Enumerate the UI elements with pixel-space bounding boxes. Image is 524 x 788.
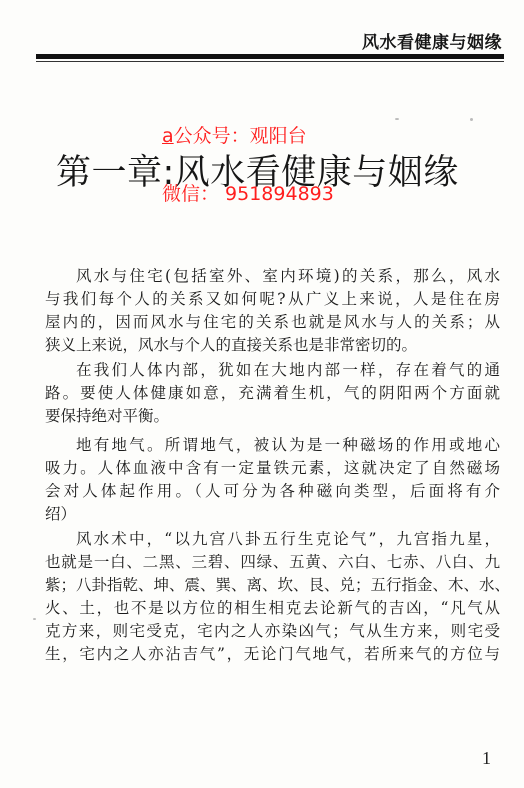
text-line: 狭义上来说，风水与个人的直接关系也是非常密切的。 — [45, 334, 500, 357]
scan-speck — [395, 118, 399, 120]
text-line: 要保持绝对平衡。 — [45, 405, 500, 428]
text-line: 绍） — [45, 503, 500, 526]
text-line: 与我们每个人的关系又如何呢?从广义上来说，人是住在房 — [45, 288, 500, 311]
running-title: 风水看健康与姻缘 — [362, 28, 502, 53]
text-line: 吸力。人体血液中含有一定量铁元素，这就决定了自然磁场 — [45, 457, 500, 480]
text-line: 屋内的，因而风水与住宅的关系也就是风水与人的关系；从 — [45, 311, 500, 334]
page-number: 1 — [482, 748, 491, 769]
text-line: 在我们人体内部，犹如在大地内部一样，存在着气的通 — [45, 359, 500, 382]
text-line: 也就是一白、二黑、三碧、四绿、五黄、六白、七赤、八白、九 — [45, 551, 500, 574]
text-line: 风水术中，“以九宫八卦五行生克论气”，九宫指九星， — [45, 528, 500, 551]
text-line: 地有地气。所谓地气，被认为是一种磁场的作用或地心 — [45, 434, 500, 457]
watermark-prefix: a — [162, 125, 174, 147]
paragraph: 风水术中，“以九宫八卦五行生克论气”，九宫指九星， 也就是一白、二黑、三碧、四绿… — [45, 528, 500, 666]
text-line: 风水与住宅(包括室外、室内环境)的关系，那么，风水 — [45, 265, 500, 288]
body-text: 风水与住宅(包括室外、室内环境)的关系，那么，风水 与我们每个人的关系又如何呢?… — [45, 265, 500, 666]
running-header: 风水看健康与姻缘 — [0, 16, 524, 56]
scan-speck — [470, 118, 473, 121]
scan-speck — [33, 618, 36, 620]
header-rule-thin — [36, 61, 504, 62]
text-line: 会对人体起作用。（人可分为各种磁向类型，后面将有介 — [45, 480, 500, 503]
watermark-account: a公众号：观阳台 — [162, 125, 307, 147]
text-line: 路。要使人体健康如意，充满着生机，气的阴阳两个方面就 — [45, 382, 500, 405]
text-line: 紫；八卦指乾、坤、震、巽、离、坎、艮、兑；五行指金、木、水、 — [45, 574, 500, 597]
paragraph: 地有地气。所谓地气，被认为是一种磁场的作用或地心 吸力。人体血液中含有一定量铁元… — [45, 434, 500, 526]
text-line: 生，宅内之人亦沾吉气”，无论门气地气，若所来气的方位与 — [45, 643, 500, 666]
paragraph: 在我们人体内部，犹如在大地内部一样，存在着气的通 路。要使人体健康如意，充满着生… — [45, 359, 500, 428]
text-line: 火、土，也不是以方位的相生相克去论新气的吉凶，“凡气从 — [45, 597, 500, 620]
watermark-wechat: 微信： 951894893 — [162, 183, 334, 205]
header-rule-thick — [36, 54, 504, 59]
watermark-account-text: 公众号：观阳台 — [174, 125, 307, 147]
text-line: 克方来，则宅受克，宅内之人亦染凶气；气从生方来，则宅受 — [45, 620, 500, 643]
paragraph: 风水与住宅(包括室外、室内环境)的关系，那么，风水 与我们每个人的关系又如何呢?… — [45, 265, 500, 357]
